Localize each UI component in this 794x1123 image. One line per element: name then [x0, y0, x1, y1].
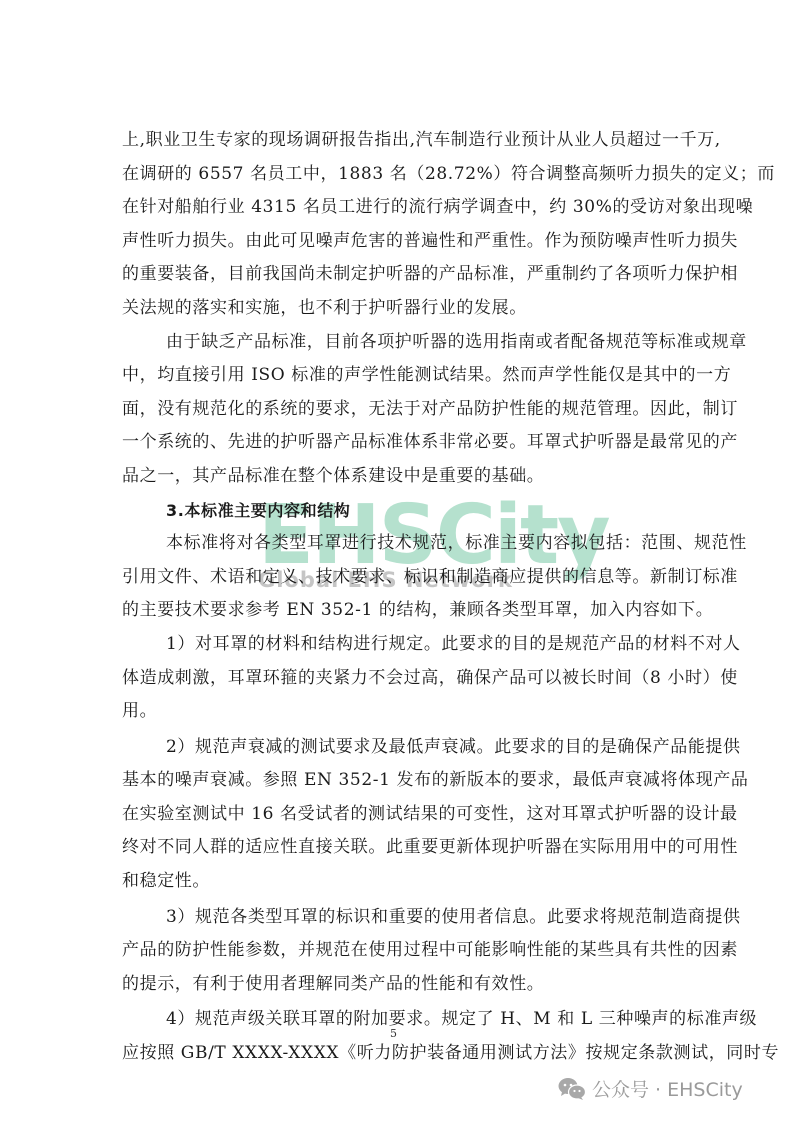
text-line: 产品的防护性能参数，并规范在使用过程中可能影响性能的某些具有共性的因素	[122, 934, 674, 968]
text-line: 终对不同人群的适应性直接关联。此重要更新体现护听器在实际用用中的可用性	[122, 831, 674, 865]
text-line: 关法规的落实和实施，也不利于护听器行业的发展。	[122, 292, 674, 326]
text-line: 品之一，其产品标准在整个体系建设中是重要的基础。	[122, 460, 674, 494]
text-line: 一个系统的、先进的护听器产品标准体系非常必要。耳罩式护听器是最常见的产	[122, 426, 674, 460]
text-line: 的提示，有利于使用者理解同类产品的性能和有效性。	[122, 968, 674, 1002]
text-line: 由于缺乏产品标准，目前各项护听器的选用指南或者配备规范等标准或规章	[122, 326, 674, 360]
text-line: 声性听力损失。由此可见噪声危害的普遍性和严重性。作为预防噪声性听力损失	[122, 225, 674, 259]
footer-brand[interactable]: 公众号 · EHSCity	[558, 1075, 743, 1102]
text-line: 的重要装备，目前我国尚未制定护听器的产品标准，严重制约了各项听力保护相	[122, 258, 674, 292]
text-line: 引用文件、术语和定义、技术要求、标识和制造商应提供的信息等。新制订标准	[122, 561, 674, 595]
list-item-1-line: 1）对耳罩的材料和结构进行规定。此要求的目的是规范产品的材料不对人	[122, 628, 674, 662]
list-item-3-line: 3）规范各类型耳罩的标识和重要的使用者信息。此要求将规范制造商提供	[122, 901, 674, 935]
text-line: 在实验室测试中 16 名受试者的测试结果的可变性，这对耳罩式护听器的设计最	[122, 798, 674, 832]
footer-brand-label: 公众号 · EHSCity	[592, 1075, 743, 1102]
section-heading: 3.本标准主要内容和结构	[122, 494, 674, 528]
text-line: 基本的噪声衰减。参照 EN 352-1 发布的新版本的要求，最低声衰减将体现产品	[122, 764, 674, 798]
text-line: 和稳定性。	[122, 865, 674, 899]
text-line: 上,职业卫生专家的现场调研报告指出,汽车制造行业预计从业人员超过一千万,	[122, 124, 674, 158]
text-line: 在针对船舶行业 4315 名员工进行的流行病学调查中，约 30%的受访对象出现噪	[122, 191, 674, 225]
wechat-icon	[558, 1077, 586, 1101]
text-line: 面，没有规范化的系统的要求，无法于对产品防护性能的规范管理。因此，制订	[122, 393, 674, 427]
document-page: EHSCity Global EHS Network 上,职业卫生专家的现场调研…	[0, 0, 794, 1123]
text-line: 在调研的 6557 名员工中，1883 名（28.72%）符合调整高频听力损失的…	[122, 158, 674, 192]
text-line: 用。	[122, 695, 674, 729]
text-line: 的主要技术要求参考 EN 352-1 的结构，兼顾各类型耳罩，加入内容如下。	[122, 594, 674, 628]
body-text: 上,职业卫生专家的现场调研报告指出,汽车制造行业预计从业人员超过一千万, 在调研…	[122, 124, 674, 1071]
text-line: 本标准将对各类型耳罩进行技术规范，标准主要内容拟包括：范围、规范性	[122, 527, 674, 561]
list-item-4-line: 4）规范声级关联耳罩的附加要求。规定了 H、M 和 L 三种噪声的标准声级	[122, 1003, 674, 1037]
text-line: 应按照 GB/T XXXX-XXXX《听力防护装备通用测试方法》按规定条款测试，…	[122, 1037, 674, 1071]
list-item-2-line: 2）规范声衰减的测试要求及最低声衰减。此要求的目的是确保产品能提供	[122, 731, 674, 765]
text-line: 中，均直接引用 ISO 标准的声学性能测试结果。然而声学性能仅是其中的一方	[122, 359, 674, 393]
text-line: 体造成刺激，耳罩环箍的夹紧力不会过高，确保产品可以被长时间（8 小时）使	[122, 662, 674, 696]
